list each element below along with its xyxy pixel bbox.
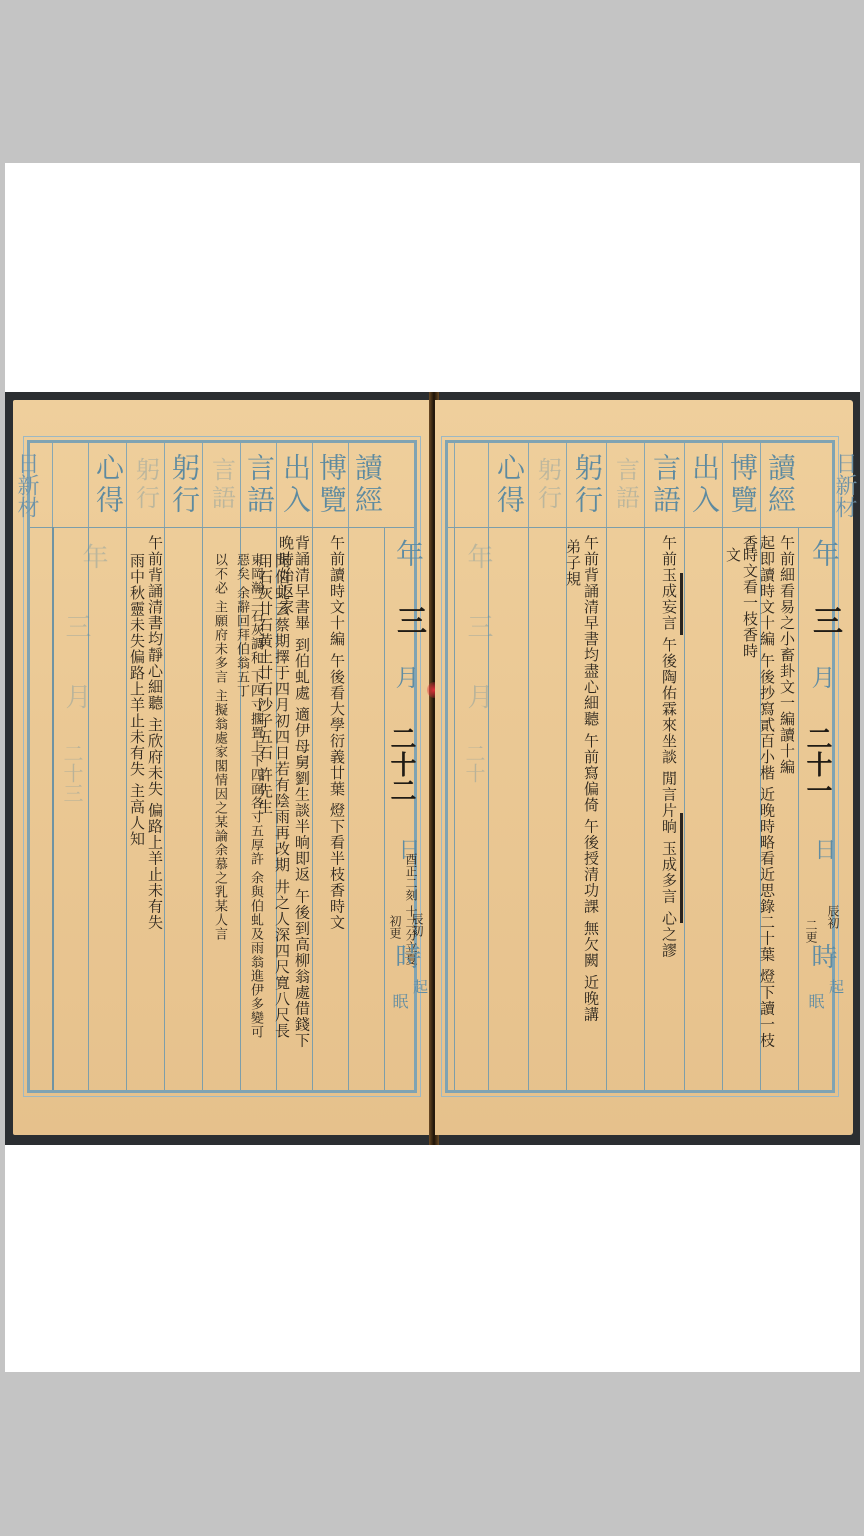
right-page: 讀經 博覽 出入 言語 言語 躬行 躬行 心得 年 三 月 bbox=[435, 400, 853, 1135]
header-conduct: 躬行 bbox=[566, 443, 607, 527]
header-blank-1: 言語 bbox=[606, 443, 645, 527]
header-blank-1: 言語 bbox=[202, 443, 241, 527]
header-broad-reading: 博覽 bbox=[722, 443, 761, 527]
ghost-day-value: 二十 bbox=[460, 743, 489, 783]
header-blank-2: 躬行 bbox=[126, 443, 165, 527]
header-margin bbox=[454, 443, 489, 527]
wake-label: 起 bbox=[410, 979, 431, 994]
cover-tab-right: 日新材 bbox=[829, 452, 860, 518]
entry-conduct: 午前背誦清早書均盡心細聽 午前寫偏倚 午後授清功課 無欠闕 近晚講 bbox=[582, 535, 599, 1095]
header-read-classics: 讀經 bbox=[760, 443, 799, 527]
entry-conduct: 午前背誦清書均靜心細聽 主欣府未失 偏路上羊止未有失 bbox=[146, 535, 163, 955]
sleep-label: 眠 bbox=[388, 993, 411, 1009]
column-rule bbox=[528, 527, 529, 1090]
entry-comings-goings: 午前玉成妄言 午後陶佑霖來坐談 閒言片晌 玉成多言 心之謬 bbox=[660, 535, 677, 1015]
column-rule bbox=[488, 527, 489, 1090]
ghost-month-value: 三 bbox=[460, 613, 497, 639]
entry-broad-reading-2: 時文看一枝香時文 bbox=[724, 547, 758, 667]
day-value: 二十二 bbox=[386, 725, 416, 803]
year-label: 年 bbox=[388, 539, 428, 567]
sleep-label: 眠 bbox=[804, 993, 827, 1009]
wake-note: 辰初 bbox=[410, 913, 423, 937]
month-value: 三 bbox=[802, 605, 846, 635]
left-header-row: 讀經 博覽 出入 言語 言語 躬行 躬行 心得 bbox=[30, 443, 414, 528]
month-label: 月 bbox=[804, 665, 839, 689]
column-rule bbox=[164, 527, 165, 1090]
ghost-month-label: 月 bbox=[58, 683, 95, 709]
book-photo: 讀經 博覽 出入 言語 言語 躬行 躬行 心得 年 三 月 bbox=[5, 392, 860, 1145]
right-header-row: 讀經 博覽 出入 言語 言語 躬行 躬行 心得 bbox=[448, 443, 832, 528]
header-speech: 言語 bbox=[644, 443, 685, 527]
header-broad-reading: 博覽 bbox=[312, 443, 349, 527]
column-rule bbox=[454, 527, 455, 1090]
header-insights: 心得 bbox=[488, 443, 529, 527]
month-value: 三 bbox=[386, 605, 430, 635]
ghost-year: 年 bbox=[460, 543, 497, 569]
sleep-note: 二更 bbox=[804, 919, 817, 943]
header-read-classics: 讀經 bbox=[348, 443, 385, 527]
left-page: 讀經 博覽 出入 言語 言語 躬行 躬行 心得 年 三 月 bbox=[13, 400, 431, 1135]
entry-read-classics: 午前讀時文十編 午後看大學衍義廿葉 燈下看半枝香時文 bbox=[328, 535, 345, 1045]
entry-read-classics: 午前細看易之小畜卦文一編讀十編 bbox=[778, 535, 795, 795]
day-value: 二十一 bbox=[802, 725, 832, 803]
ghost-year: 年 bbox=[58, 543, 128, 569]
wake-note: 辰初 bbox=[826, 905, 839, 929]
header-blank-2: 躬行 bbox=[528, 443, 567, 527]
date-column-rule bbox=[798, 527, 799, 1090]
entry-conduct-2: 弟子規 bbox=[564, 539, 581, 619]
entry-speech: 東岡瀚二石灰調和 下四寸擱置上下四面各寸五厚許 余與伯虬及雨翁進伊多變可惡矣 余… bbox=[234, 553, 262, 1053]
sleep-note: 初更 bbox=[388, 915, 401, 939]
year-label: 年 bbox=[804, 539, 844, 567]
date-column-rule bbox=[384, 527, 385, 1090]
entry-speech-2: 以不必 主願府未多言 主擬翁處家閣情因之某論余慕之乳某人言 bbox=[212, 553, 226, 1033]
cover-tab-left: 日新材 bbox=[11, 452, 42, 518]
column-rule bbox=[348, 527, 349, 1090]
column-rule bbox=[202, 527, 203, 1090]
column-rule bbox=[126, 527, 127, 1090]
column-rule bbox=[606, 527, 607, 1090]
column-rule bbox=[52, 527, 54, 1090]
wake-label: 起 bbox=[826, 979, 847, 994]
month-label: 月 bbox=[388, 665, 423, 689]
column-rule bbox=[644, 527, 645, 1090]
time-label: 時 bbox=[804, 943, 841, 969]
entry-conduct-2: 雨中秋靈未失偏路上羊止未有失 主高人知 bbox=[128, 553, 145, 973]
column-rule bbox=[722, 527, 723, 1090]
day-label: 日 bbox=[808, 838, 839, 860]
header-insights: 心得 bbox=[88, 443, 127, 527]
header-comings-goings: 出入 bbox=[684, 443, 723, 527]
header-conduct: 躬行 bbox=[164, 443, 203, 527]
emphasis-mark bbox=[680, 573, 683, 635]
header-comings-goings: 出入 bbox=[276, 443, 313, 527]
entry-broad-reading: 背誦清早書畢 到伯虬處 適伊母舅劉生談半晌即返 午後到高柳翁處借錢下 bbox=[293, 535, 310, 1055]
header-speech: 言語 bbox=[240, 443, 277, 527]
left-page-grid: 讀經 博覽 出入 言語 言語 躬行 躬行 心得 年 三 月 bbox=[27, 440, 417, 1093]
time-label: 時 bbox=[388, 943, 425, 969]
emphasis-mark bbox=[680, 813, 683, 923]
column-rule bbox=[312, 527, 313, 1090]
column-rule bbox=[88, 527, 89, 1090]
ghost-month-label: 月 bbox=[460, 683, 497, 709]
column-rule bbox=[684, 527, 685, 1090]
ghost-month-value: 三 bbox=[58, 613, 95, 639]
right-page-grid: 讀經 博覽 出入 言語 言語 躬行 躬行 心得 年 三 月 bbox=[445, 440, 835, 1093]
header-margin bbox=[52, 443, 89, 527]
ghost-day-value: 二十三 bbox=[58, 743, 87, 803]
